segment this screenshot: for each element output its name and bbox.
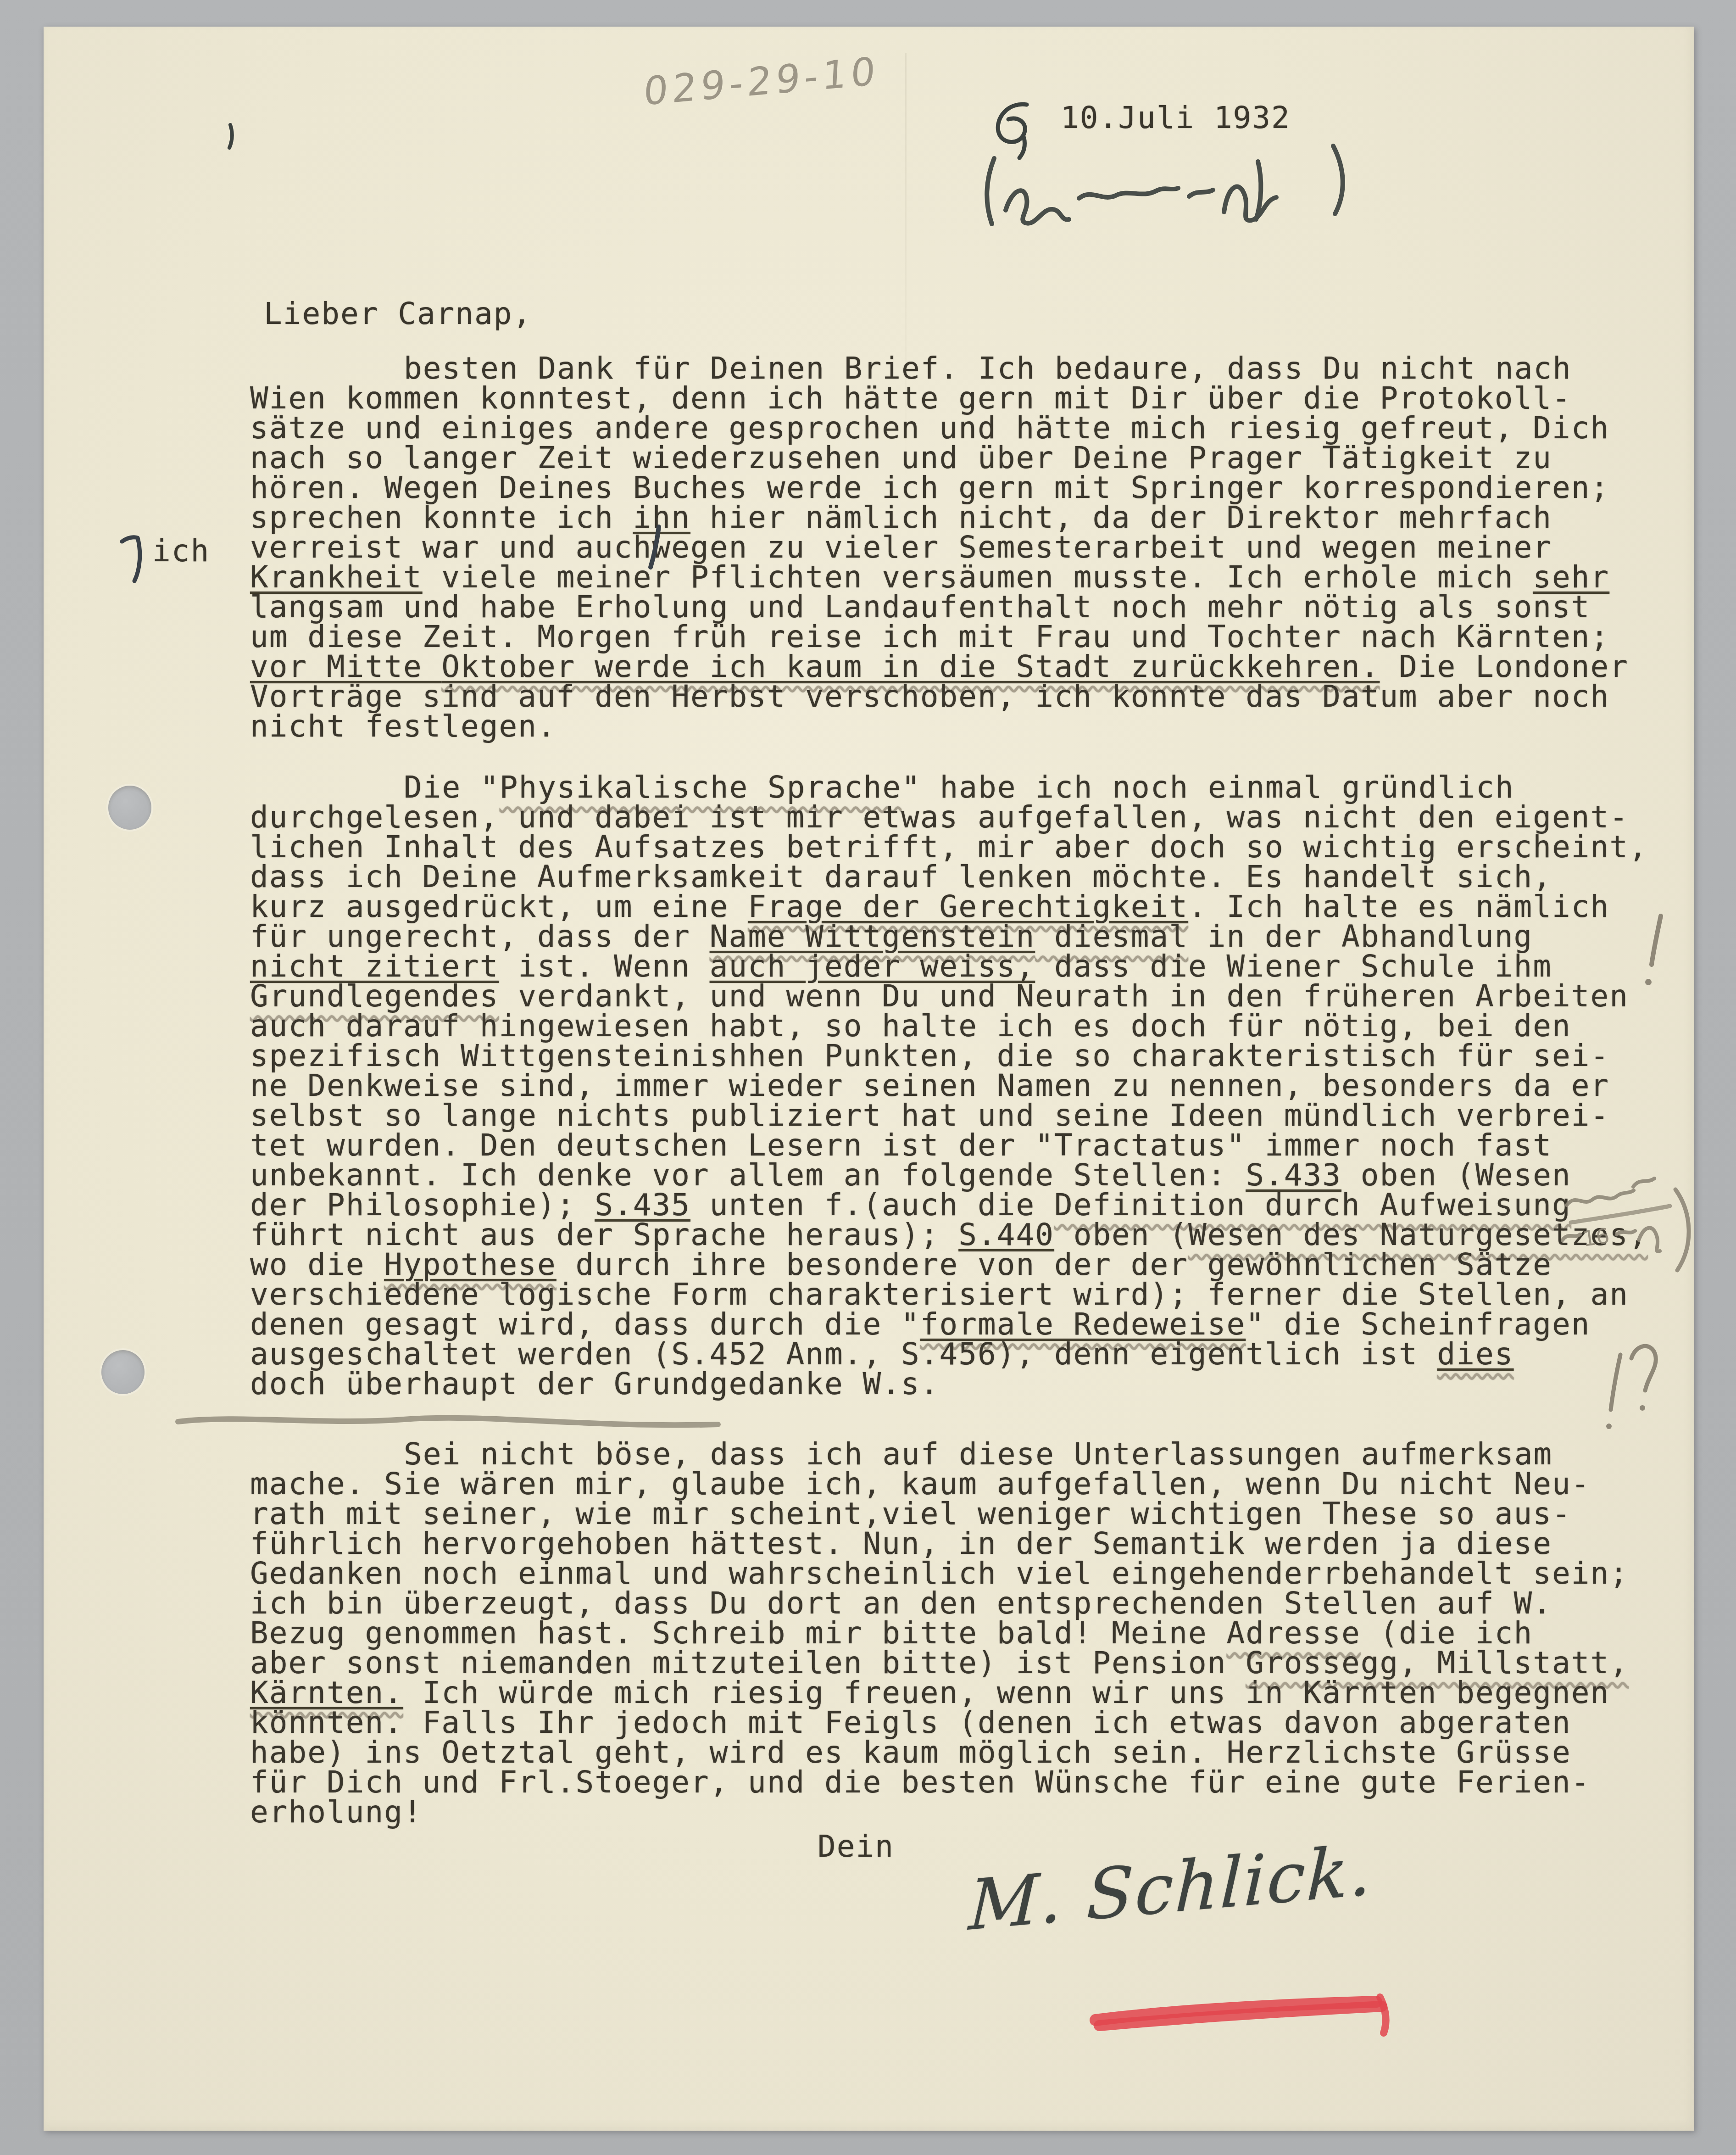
letter-line: aber sonst niemanden mitzuteilen bitte) …	[250, 1648, 1663, 1678]
letter-line: denen gesagt wird, dass durch die "forma…	[250, 1309, 1663, 1339]
letter-line: ausgeschaltet werden (S.452 Anm., S.456)…	[250, 1339, 1663, 1369]
letter-line: Wien kommen konntest, denn ich hätte ger…	[250, 383, 1663, 413]
letter-line: selbst so lange nichts publiziert hat un…	[250, 1100, 1663, 1130]
letter-line: verreist war und auchwegen zu vieler Sem…	[250, 532, 1663, 562]
letter-line: rath mit seiner, wie mir scheint,viel we…	[250, 1499, 1663, 1529]
paragraph: Sei nicht böse, dass ich auf diese Unter…	[250, 1439, 1663, 1827]
letter-line: erholung!	[250, 1797, 1663, 1827]
letter-line: habe) ins Oetztal geht, wird es kaum mög…	[250, 1737, 1663, 1767]
letter-line: könnten. Falls Ihr jedoch mit Feigls (de…	[250, 1708, 1663, 1737]
letter-line: verschiedene logische Form charakterisie…	[250, 1279, 1663, 1309]
letter-line: für Dich und Frl.Stoeger, und die besten…	[250, 1767, 1663, 1797]
letter-line: wo die Hypothese durch ihre besondere vo…	[250, 1250, 1663, 1279]
paragraph: besten Dank für Deinen Brief. Ich bedaur…	[250, 353, 1663, 741]
scan-backdrop: { "colors": { "backdrop": "#b3b5b7", "pa…	[0, 0, 1736, 2155]
paragraph: Die "Physikalische Sprache" habe ich noc…	[250, 772, 1663, 1399]
letter-line: auch darauf hingewiesen habt, so halte i…	[250, 1011, 1663, 1041]
letter-line: sätze und einiges andere gesprochen und …	[250, 413, 1663, 443]
letter-line: für ungerecht, dass der Name Wittgenstei…	[250, 921, 1663, 951]
letter-line: nicht zitiert ist. Wenn auch jeder weiss…	[250, 951, 1663, 981]
letter-line: sprechen konnte ich ihn hier nämlich nic…	[250, 502, 1663, 532]
salutation: Lieber Carnap,	[264, 296, 532, 331]
date: 10.Juli 1932	[1061, 100, 1291, 135]
letter-line: Gedanken noch einmal und wahrscheinlich …	[250, 1558, 1663, 1588]
letter-line: führt nicht aus der Sprache heraus); S.4…	[250, 1220, 1663, 1250]
letter-line: spezifisch Wittgensteinishhen Punkten, d…	[250, 1041, 1663, 1071]
letter-line: unbekannt. Ich denke vor allem an folgen…	[250, 1160, 1663, 1190]
letter-line: kurz ausgedrückt, um eine Frage der Gere…	[250, 892, 1663, 921]
letter-line: langsam und habe Erholung und Landaufent…	[250, 592, 1663, 622]
letter-line: doch überhaupt der Grundgedanke W.s.	[250, 1369, 1663, 1399]
letter-line: Krankheit viele meiner Pflichten versäum…	[250, 562, 1663, 592]
letter-line: Sei nicht böse, dass ich auf diese Unter…	[250, 1439, 1663, 1469]
letter-line: der Philosophie); S.435 unten f.(auch di…	[250, 1190, 1663, 1220]
letter-line: besten Dank für Deinen Brief. Ich bedaur…	[250, 353, 1663, 383]
letter-line: um diese Zeit. Morgen früh reise ich mit…	[250, 622, 1663, 652]
letter-line: durchgelesen, und dabei ist mir etwas au…	[250, 802, 1663, 832]
closing: Dein	[818, 1829, 894, 1864]
margin-insertion-text: ich	[152, 533, 210, 569]
letter-line: Grundlegendes verdankt, und wenn Du und …	[250, 981, 1663, 1011]
hole-punch-bottom	[101, 1350, 145, 1394]
hole-punch-top	[108, 786, 151, 830]
letter-line: Bezug genommen hast. Schreib mir bitte b…	[250, 1618, 1663, 1648]
letter-line: mache. Sie wären mir, glaube ich, kaum a…	[250, 1469, 1663, 1499]
letter-line: Die "Physikalische Sprache" habe ich noc…	[250, 772, 1663, 802]
letter-body: besten Dank für Deinen Brief. Ich bedaur…	[250, 353, 1663, 1827]
letter-line: hören. Wegen Deines Buches werde ich ger…	[250, 473, 1663, 502]
letter-line: Vorträge sind auf den Herbst verschoben,…	[250, 681, 1663, 711]
letter-line: dass ich Deine Aufmerksamkeit darauf len…	[250, 862, 1663, 892]
letter-line: vor Mitte Oktober werde ich kaum in die …	[250, 652, 1663, 681]
letter-line: tet wurden. Den deutschen Lesern ist der…	[250, 1130, 1663, 1160]
letter-line: führlich hervorgehoben hättest. Nun, in …	[250, 1529, 1663, 1558]
letter-line: lichen Inhalt des Aufsatzes betrifft, mi…	[250, 832, 1663, 862]
letter-line: Kärnten. Ich würde mich riesig freuen, w…	[250, 1678, 1663, 1708]
letter-line: nicht festlegen.	[250, 711, 1663, 741]
letter-line: nach so langer Zeit wiederzusehen und üb…	[250, 443, 1663, 473]
letter-line: ne Denkweise sind, immer wieder seinen N…	[250, 1071, 1663, 1100]
letter-line: ich bin überzeugt, dass Du dort an den e…	[250, 1588, 1663, 1618]
